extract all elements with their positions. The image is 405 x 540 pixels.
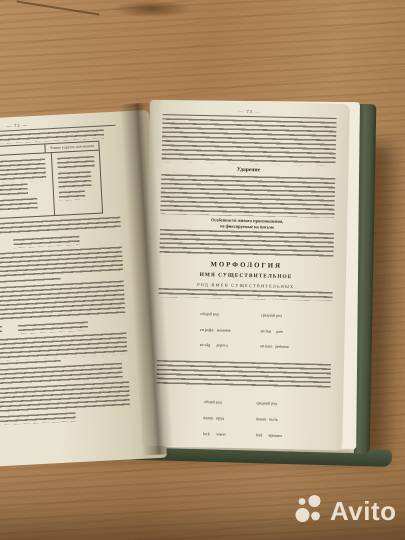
text-lines bbox=[162, 118, 337, 166]
gender-col1-row: en väg дорога bbox=[200, 342, 231, 348]
gender-table-col2: средний род ett hus дом ett barn ребенок bbox=[260, 302, 290, 360]
noun-heading: ИМЯ СУЩЕСТВИТЕЛЬНОЕ bbox=[159, 271, 333, 282]
homonym-col1-row: lock локон bbox=[203, 431, 226, 437]
text-lines bbox=[57, 156, 95, 171]
gender-col2-row: ett barn ребенок bbox=[260, 344, 289, 350]
left-page-content: — 72 — после букв l, d, n, s, t Чтение в… bbox=[0, 110, 165, 429]
pronunciation-table-body bbox=[0, 151, 102, 223]
gender-col2-header: средний род bbox=[261, 312, 290, 318]
homonym-table-col2: средний род damm пыль lock крышка bok кн… bbox=[255, 390, 283, 450]
table-col2-cell bbox=[52, 151, 102, 215]
text-lines bbox=[58, 171, 92, 190]
avito-watermark-text: Avito bbox=[330, 498, 397, 524]
avito-watermark: Avito bbox=[295, 495, 397, 527]
right-page-content: — 73 — Ударение Особенности живого произ… bbox=[142, 100, 350, 450]
gender-table-col1: общий род en pojke мальчик en väg дорога bbox=[199, 300, 231, 358]
homonym-table-col1: общий род damm пруд lock локон bok бук r… bbox=[202, 389, 227, 450]
text-lines bbox=[156, 360, 331, 390]
text-lines bbox=[159, 229, 334, 259]
table-col1-cell bbox=[0, 153, 55, 222]
morphology-heading: МОРФОЛОГИЯ bbox=[159, 260, 333, 272]
homonym-gender-table: общий род damm пруд lock локон bok бук r… bbox=[154, 388, 330, 450]
photo-scene: — 72 — после букв l, d, n, s, t Чтение в… bbox=[0, 0, 405, 540]
right-page: — 73 — Ударение Особенности живого произ… bbox=[142, 100, 350, 450]
homonym-col2-row: damm пыль bbox=[256, 417, 282, 423]
text-lines bbox=[13, 236, 79, 248]
avito-logo-icon bbox=[295, 495, 327, 527]
text-lines bbox=[160, 174, 335, 218]
text-lines bbox=[18, 321, 88, 334]
pronunciation-table: после букв l, d, n, s, t Чтение в других… bbox=[0, 140, 103, 223]
homonym-col2-row: lock крышка bbox=[256, 432, 282, 438]
text-lines bbox=[0, 198, 38, 217]
gender-col2-row: ett hus дом bbox=[261, 328, 290, 334]
text-lines bbox=[0, 412, 76, 428]
homonym-col1-row: damm пруд bbox=[203, 416, 226, 422]
text-lines bbox=[0, 332, 127, 364]
gender-example-table: общий род en pojke мальчик en väg дорога… bbox=[157, 299, 332, 361]
text-lines bbox=[0, 326, 2, 338]
text-lines bbox=[59, 190, 85, 200]
gender-col1-header: общий род bbox=[200, 311, 231, 317]
gender-col1-row: en pojke мальчик bbox=[200, 327, 231, 333]
homonym-col2-header: средний род bbox=[256, 401, 282, 407]
text-lines bbox=[0, 246, 123, 282]
homonym-col1-header: общий род bbox=[204, 399, 227, 405]
